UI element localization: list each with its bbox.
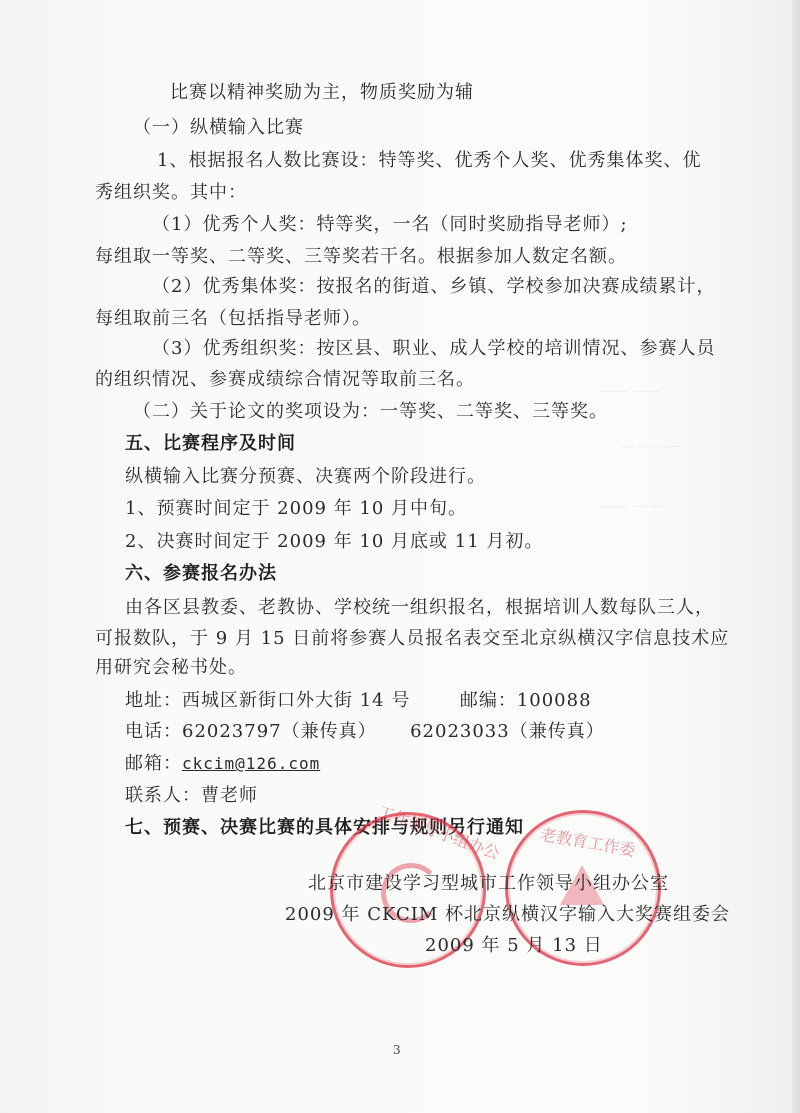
phone-value-2: 62023033（兼传真） (410, 721, 605, 742)
contact-person-line: 联系人：曹老师 (125, 785, 258, 807)
email-link[interactable]: ckcim@126.com (182, 754, 320, 773)
paragraph-line: 每组取前三名（包括指导老师）。 (95, 308, 371, 330)
address-line: 地址：西城区新街口外大街 14 号 邮编：100088 (125, 690, 592, 712)
paragraph-line: 纵横输入比赛分预赛、决赛两个阶段进行。 (125, 466, 486, 488)
phone-value-1: 62023797（兼传真） (182, 721, 377, 742)
show-through-text: ＿＿ ＿ ＿ (600, 490, 665, 510)
signature-org-2: 2009 年 CKCIM 杯北京纵横汉字输入大奖赛组委会 (285, 904, 730, 926)
paragraph-line: 1、根据报名人数比赛设：特等奖、优秀个人奖、优秀集体奖、优 (157, 150, 701, 172)
paragraph-line: 用研究会秘书处。 (95, 657, 247, 679)
section-heading: 六、参赛报名办法 (125, 563, 277, 585)
paragraph-line: 每组取一等奖、二等奖、三等奖若干名。根据参加人数定名额。 (95, 246, 627, 268)
paragraph-line: 由各区县教委、老教协、学校统一组织报名，根据培训人数每队三人， (125, 597, 714, 619)
address-label: 地址： (125, 690, 182, 711)
phone-label: 电话： (125, 721, 182, 742)
subsection-heading: （一）纵横输入比赛 (133, 117, 304, 139)
paragraph-line: 秀组织奖。其中： (95, 182, 247, 204)
paragraph-line: （3）优秀组织奖：按区县、职业、成人学校的培训情况、参赛人员 (152, 338, 715, 360)
show-through-text: ＿ ＿＿＿ (620, 430, 680, 450)
email-line: 邮箱：ckcim@126.com (125, 753, 320, 775)
section-heading: 五、比赛程序及时间 (125, 433, 296, 455)
signature-org-1: 北京市建设学习型城市工作领导小组办公室 (308, 873, 669, 895)
subsection-heading: （二）关于论文的奖项设为：一等奖、二等奖、三等奖。 (133, 401, 608, 423)
postcode-label: 邮编： (460, 690, 517, 711)
contact-person: 曹老师 (201, 785, 258, 806)
page-edge-shadow (792, 0, 800, 1113)
paragraph-line: （2）优秀集体奖：按报名的街道、乡镇、学校参加决赛成绩累计， (152, 276, 715, 298)
paragraph-line: （1）优秀个人奖：特等奖，一名（同时奖励指导老师）; (152, 214, 628, 236)
paragraph-line: 1、预赛时间定于 2009 年 10 月中旬。 (125, 498, 467, 520)
signature-date: 2009 年 5 月 13 日 (425, 935, 603, 957)
document-page: ＿＿ ＿＿ ＿ ＿＿＿ ＿＿ ＿ ＿ 比赛以精神奖励为主，物质奖励为辅 （一）纵… (0, 0, 800, 1113)
paragraph-line: 的组织情况、参赛成绩综合情况等取前三名。 (95, 369, 475, 391)
paragraph-line: 2、决赛时间定于 2009 年 10 月底或 11 月初。 (125, 531, 543, 553)
email-label: 邮箱： (125, 753, 182, 774)
postcode-value: 100088 (517, 690, 592, 711)
phone-line: 电话：62023797（兼传真） 62023033（兼传真） (125, 721, 605, 743)
address-value: 西城区新街口外大街 14 号 (182, 690, 410, 711)
contact-label: 联系人： (125, 785, 201, 806)
show-through-text: ＿＿ ＿＿ (600, 375, 660, 395)
page-number: 3 (393, 1043, 401, 1057)
paragraph-line: 可报数队，于 9 月 15 日前将参赛人员报名表交至北京纵横汉字信息技术应 (95, 628, 729, 650)
paragraph-line: 比赛以精神奖励为主，物质奖励为辅 (170, 82, 474, 104)
